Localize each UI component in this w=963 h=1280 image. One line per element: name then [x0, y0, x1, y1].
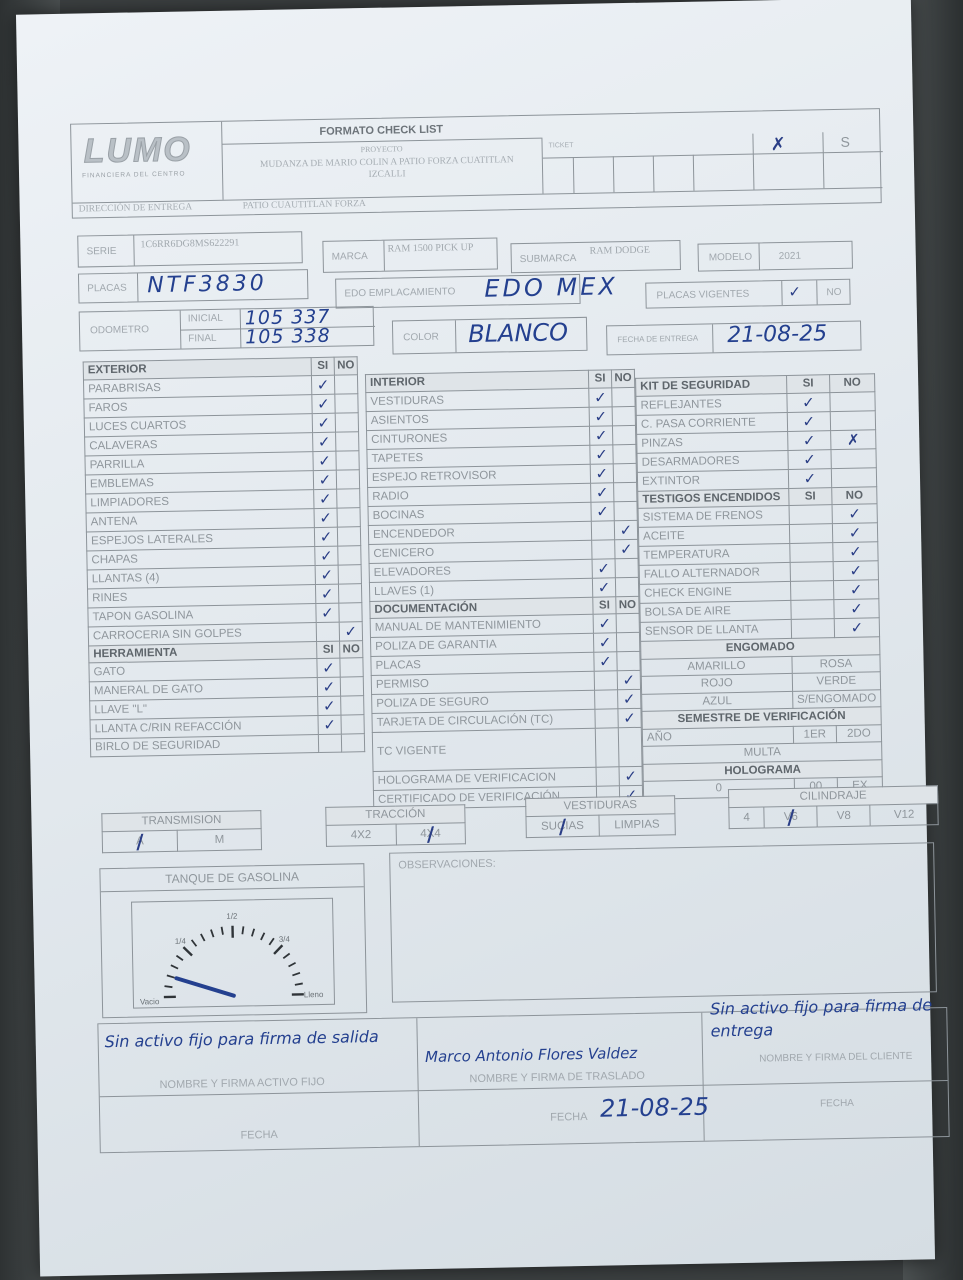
ticket-value: S	[840, 134, 850, 150]
kit-no-checkbox[interactable]	[830, 410, 875, 430]
kit-si-header: SI	[786, 375, 830, 393]
interior-si-checkbox[interactable]: ✓	[590, 463, 613, 482]
exterior-si-checkbox[interactable]: ✓	[313, 470, 336, 489]
traslado-handwriting: Marco Antonio Flores Valdez	[425, 1044, 637, 1066]
svg-text:1/4: 1/4	[175, 937, 187, 946]
interior-si-checkbox[interactable]: ✓	[589, 387, 612, 406]
exterior-si-header: SI	[311, 357, 334, 375]
interior-no-checkbox[interactable]	[614, 482, 637, 501]
documentacion-no-checkbox[interactable]	[617, 651, 640, 670]
engomado-option[interactable]: VERDE	[792, 672, 881, 691]
ticket-label: TICKET	[549, 142, 574, 149]
testigos-si-header: SI	[788, 487, 832, 505]
cilindros-box: CILINDRAJE 4V6/V8V12	[728, 785, 939, 829]
engomado-option[interactable]: S/ENGOMADO	[792, 689, 881, 708]
marca-value: RAM 1500 PICK UP	[387, 242, 487, 255]
company-logo: LUMO	[83, 130, 192, 171]
exterior-no-checkbox[interactable]	[339, 602, 362, 621]
exterior-si-checkbox[interactable]: ✓	[314, 489, 337, 508]
observaciones-box[interactable]: OBSERVACIONES:	[389, 842, 937, 1002]
marca-label: MARCA	[332, 251, 368, 263]
exterior-si-checkbox[interactable]: ✓	[314, 527, 337, 546]
traccion-box: TRACCIÓN 4X24X4/	[325, 804, 466, 846]
color-field: COLOR BLANCO	[392, 317, 588, 355]
testigos-no-checkbox[interactable]: ✓	[834, 599, 879, 619]
traslado-label: NOMBRE Y FIRMA DE TRASLADO	[469, 1070, 645, 1085]
interior-si-checkbox[interactable]: ✓	[589, 425, 612, 444]
header-box: LUMO FINANCIERA DEL CENTRO FORMATO CHECK…	[70, 108, 882, 219]
interior-no-checkbox[interactable]: ✓	[615, 539, 638, 558]
interior-no-checkbox[interactable]	[612, 406, 635, 425]
checklist-paper: LUMO FINANCIERA DEL CENTRO FORMATO CHECK…	[16, 0, 935, 1276]
interior-no-checkbox[interactable]	[615, 577, 638, 596]
kit-si-checkbox[interactable]: ✓	[787, 411, 831, 431]
exterior-no-checkbox[interactable]	[337, 507, 360, 526]
cliente-handwriting: Sin activo fijo para firma de entrega	[710, 994, 946, 1043]
testigos-si-checkbox[interactable]	[789, 524, 833, 544]
interior-si-header: SI	[588, 370, 611, 388]
interior-si-checkbox[interactable]: ✓	[591, 482, 614, 501]
tanque-title: TANQUE DE GASOLINA	[100, 864, 363, 892]
fuel-gauge-dial: Vacio1/41/23/4Lleno	[132, 899, 334, 1008]
testigos-si-checkbox[interactable]	[790, 562, 834, 582]
documentacion-si-header: SI	[593, 596, 616, 614]
interior-no-checkbox[interactable]: ✓	[614, 520, 637, 539]
cilindros-selected-mark: /	[765, 804, 817, 829]
placas-vigentes-label: PLACAS VIGENTES	[656, 289, 749, 302]
placas-vigentes-field: PLACAS VIGENTES ✓ NO	[645, 279, 850, 309]
exterior-si-checkbox[interactable]: ✓	[315, 546, 338, 565]
kit-si-checkbox[interactable]: ✓	[788, 468, 832, 488]
semestre-segundo[interactable]: 2DO	[836, 724, 881, 742]
project-value: MUDANZA DE MARIO COLIN A PATIO FORZA CUA…	[247, 154, 527, 183]
testigos-no-checkbox[interactable]: ✓	[832, 523, 877, 543]
placas-vigentes-no[interactable]: NO	[826, 287, 841, 298]
delivery-label: DIRECCIÓN DE ENTREGA	[79, 202, 193, 214]
inicial-label: INICIAL	[188, 313, 223, 325]
vestiduras-option[interactable]: LIMPIAS	[599, 813, 676, 835]
modelo-label: MODELO	[709, 252, 753, 264]
activo-fijo-label: NOMBRE Y FIRMA ACTIVO FIJO	[159, 1076, 324, 1091]
kit-si-checkbox[interactable]: ✓	[787, 430, 831, 450]
cliente-fecha-label: FECHA	[820, 1098, 854, 1110]
fecha-entrega-field: FECHA DE ENTREGA 21-08-25	[606, 321, 862, 356]
documentacion-si-checkbox[interactable]	[596, 767, 619, 786]
documentacion-si-checkbox[interactable]: ✓	[593, 633, 616, 652]
kit-no-checkbox[interactable]: ✗	[831, 429, 876, 449]
documentacion-no-checkbox[interactable]	[618, 727, 642, 766]
final-label: FINAL	[188, 333, 217, 345]
serie-field: SERIE 1C6RR6DG8MS622291	[77, 231, 303, 267]
herramienta-si-checkbox[interactable]: ✓	[317, 677, 340, 696]
exterior-no-checkbox[interactable]	[337, 488, 360, 507]
modelo-field: MODELO 2021	[697, 241, 853, 272]
documentacion-no-checkbox[interactable]: ✓	[619, 766, 642, 785]
interior-no-checkbox[interactable]	[613, 463, 636, 482]
documentacion-si-checkbox[interactable]	[595, 728, 619, 767]
ticket-grid: TICKET ✗ S	[541, 131, 883, 194]
testigos-no-checkbox[interactable]: ✓	[833, 542, 878, 562]
final-value: 105 338	[245, 325, 331, 349]
fecha-entrega-label: FECHA DE ENTREGA	[617, 334, 698, 345]
documentacion-si-checkbox[interactable]: ✓	[593, 614, 616, 633]
activo-fijo-handwriting: Sin activo fijo para firma de salida	[105, 1026, 405, 1052]
submarca-field: SUBMARCA RAM DODGE	[510, 240, 681, 273]
activo-fijo-fecha-label: FECHA	[240, 1129, 278, 1142]
documentacion-si-checkbox[interactable]: ✓	[594, 652, 617, 671]
odometro-field: ODOMETRO INICIAL FINAL 105 337 105 338	[79, 306, 375, 352]
exterior-no-checkbox[interactable]	[338, 583, 361, 602]
odometro-label: ODOMETRO	[90, 324, 149, 336]
interior-si-checkbox[interactable]: ✓	[589, 406, 612, 425]
engomado-option[interactable]: ROSA	[792, 654, 881, 673]
delivery-value: PATIO CUAUTITLAN FORZA	[243, 199, 366, 211]
svg-text:Lleno: Lleno	[304, 990, 324, 999]
exterior-no-checkbox[interactable]	[336, 469, 359, 488]
serie-label: SERIE	[86, 246, 116, 258]
placas-vigentes-si-check[interactable]: ✓	[788, 283, 801, 301]
placas-label: PLACAS	[87, 283, 127, 295]
interior-no-checkbox[interactable]	[615, 558, 638, 577]
documentacion-item-label: TC VIGENTE	[372, 728, 596, 771]
herramienta-si-checkbox[interactable]: ✓	[318, 696, 341, 715]
firmas-box: Sin activo fijo para firma de salida NOM…	[97, 1007, 949, 1153]
transmision-box: TRANSMISION A/M	[101, 810, 262, 853]
edo-emplacamiento-field: EDO EMPLACAMIENTO EDO MEX	[335, 274, 581, 309]
exterior-no-checkbox[interactable]	[335, 393, 358, 412]
interior-si-checkbox[interactable]	[592, 539, 615, 558]
interior-no-header: NO	[611, 369, 634, 387]
cliente-label: NOMBRE Y FIRMA DEL CLIENTE	[759, 1051, 912, 1065]
exterior-si-checkbox[interactable]: ✓	[311, 375, 334, 394]
serie-value: 1C6RR6DG8MS622291	[140, 237, 239, 250]
interior-no-checkbox[interactable]	[614, 501, 637, 520]
kit-si-checkbox[interactable]: ✓	[787, 392, 831, 412]
exterior-si-checkbox[interactable]: ✓	[315, 584, 338, 603]
exterior-no-checkbox[interactable]	[334, 374, 357, 393]
observaciones-label: OBSERVACIONES:	[398, 858, 496, 872]
herramienta-no-header: NO	[340, 640, 363, 658]
kit-table: KIT DE SEGURIDADSINOREFLEJANTES✓C. PASA …	[635, 373, 883, 799]
kit-no-checkbox[interactable]	[831, 467, 876, 487]
testigos-si-checkbox[interactable]	[789, 505, 833, 525]
documentacion-si-checkbox[interactable]	[595, 690, 618, 709]
company-subtitle: FINANCIERA DEL CENTRO	[82, 170, 186, 179]
exterior-no-checkbox[interactable]	[337, 526, 360, 545]
vestiduras-selected-mark: /	[526, 813, 598, 838]
kit-si-checkbox[interactable]: ✓	[788, 449, 832, 469]
interior-si-checkbox[interactable]: ✓	[592, 558, 615, 577]
exterior-si-checkbox[interactable]: ✓	[316, 603, 339, 622]
herramienta-no-checkbox[interactable]	[341, 696, 364, 715]
herramienta-si-header: SI	[317, 641, 340, 659]
documentacion-row: TC VIGENTE	[372, 727, 642, 771]
herramienta-si-checkbox[interactable]: ✓	[318, 715, 341, 734]
form-title: FORMATO CHECK LIST	[221, 122, 541, 140]
testigos-no-checkbox[interactable]: ✓	[832, 504, 877, 524]
cilindros-option[interactable]: 4	[729, 806, 765, 828]
documentacion-no-checkbox[interactable]	[616, 632, 639, 651]
svg-text:3/4: 3/4	[279, 935, 291, 944]
kit-no-checkbox[interactable]	[830, 391, 875, 411]
exterior-table: EXTERIORSINOPARABRISAS✓FAROS✓LUCES CUART…	[83, 356, 366, 757]
interior-si-checkbox[interactable]: ✓	[591, 501, 614, 520]
exterior-no-checkbox[interactable]	[336, 431, 359, 450]
marca-field: MARCA RAM 1500 PICK UP	[322, 238, 498, 273]
testigos-no-header: NO	[832, 486, 877, 504]
exterior-si-checkbox[interactable]: ✓	[313, 432, 336, 451]
testigos-si-checkbox[interactable]	[790, 543, 834, 563]
svg-text:Vacio: Vacio	[140, 997, 160, 1006]
edo-label: EDO EMPLACAMIENTO	[344, 286, 455, 299]
traccion-option[interactable]: 4X4/	[396, 822, 466, 844]
herramienta-no-checkbox[interactable]	[341, 734, 364, 752]
placas-field: PLACAS NTF3830	[78, 269, 309, 303]
vestiduras-option[interactable]: SUCIAS/	[526, 815, 599, 837]
modelo-value: 2021	[779, 251, 801, 262]
color-value: BLANCO	[468, 318, 568, 348]
exterior-no-checkbox[interactable]	[335, 412, 358, 431]
testigos-si-checkbox[interactable]	[791, 619, 835, 639]
interior-si-checkbox[interactable]: ✓	[590, 444, 613, 463]
exterior-no-checkbox[interactable]	[336, 450, 359, 469]
transmision-option[interactable]: A/	[102, 830, 178, 852]
exterior-no-checkbox[interactable]	[338, 545, 361, 564]
documentacion-no-checkbox[interactable]	[616, 613, 639, 632]
checklist-form: LUMO FINANCIERA DEL CENTRO FORMATO CHECK…	[70, 108, 880, 124]
documentacion-si-checkbox[interactable]	[595, 709, 618, 728]
cilindros-option[interactable]: V6/	[764, 805, 817, 827]
edo-value: EDO MEX	[484, 272, 618, 303]
exterior-si-checkbox[interactable]: ✓	[314, 508, 337, 527]
kit-no-checkbox[interactable]	[831, 448, 876, 468]
herramienta-no-checkbox[interactable]	[340, 677, 363, 696]
herramienta-no-checkbox[interactable]	[341, 715, 364, 734]
color-label: COLOR	[403, 332, 439, 344]
vestiduras-box: VESTIDURAS SUCIAS/LIMPIAS	[525, 795, 676, 837]
fuel-gauge[interactable]: Vacio1/41/23/4Lleno	[131, 898, 335, 1009]
exterior-si-checkbox[interactable]: ✓	[312, 394, 335, 413]
documentacion-no-checkbox[interactable]: ✓	[618, 689, 641, 708]
ticket-mark: ✗	[770, 134, 785, 155]
herramienta-si-checkbox[interactable]: ✓	[317, 658, 340, 677]
transmision-option[interactable]: M	[177, 828, 261, 851]
interior-no-checkbox[interactable]	[612, 387, 635, 406]
interior-si-checkbox[interactable]	[591, 520, 614, 539]
testigos-no-checkbox[interactable]: ✓	[833, 580, 878, 600]
documentacion-no-checkbox[interactable]: ✓	[617, 670, 640, 689]
svg-text:1/2: 1/2	[226, 912, 238, 921]
herramienta-si-checkbox[interactable]	[318, 734, 341, 752]
traslado-fecha-label: FECHA	[550, 1111, 588, 1124]
testigos-no-checkbox[interactable]: ✓	[834, 618, 879, 638]
documentacion-no-header: NO	[616, 596, 639, 614]
fecha-entrega-value: 21-08-25	[727, 321, 827, 348]
testigos-si-checkbox[interactable]	[790, 581, 834, 601]
transmision-selected-mark: /	[103, 828, 178, 853]
submarca-value: RAM DODGE	[590, 245, 650, 257]
traccion-option[interactable]: 4X2	[326, 824, 396, 846]
cilindros-option[interactable]: V12	[870, 803, 938, 825]
interior-table: INTERIORSINOVESTIDURAS✓ASIENTOS✓CINTURON…	[365, 369, 643, 810]
semestre-primero[interactable]: 1ER	[793, 725, 837, 743]
herramienta-item-label: BIRLO DE SEGURIDAD	[90, 735, 318, 757]
exterior-si-checkbox[interactable]: ✓	[315, 565, 338, 584]
traccion-selected-mark: /	[396, 821, 465, 846]
herramienta-no-checkbox[interactable]	[340, 658, 363, 677]
kit-no-header: NO	[830, 374, 875, 392]
submarca-label: SUBMARCA	[520, 253, 577, 265]
traslado-fecha-value: 21-08-25	[600, 1093, 709, 1123]
documentacion-si-checkbox[interactable]	[594, 671, 617, 690]
testigos-no-checkbox[interactable]: ✓	[833, 561, 878, 581]
exterior-si-checkbox[interactable]	[316, 622, 339, 641]
testigos-si-checkbox[interactable]	[791, 600, 835, 620]
interior-no-checkbox[interactable]	[612, 425, 635, 444]
interior-no-checkbox[interactable]	[613, 444, 636, 463]
exterior-no-checkbox[interactable]	[338, 564, 361, 583]
exterior-si-checkbox[interactable]: ✓	[312, 413, 335, 432]
exterior-no-checkbox[interactable]: ✓	[339, 621, 362, 640]
exterior-si-checkbox[interactable]: ✓	[313, 451, 336, 470]
placas-value: NTF3830	[147, 271, 267, 298]
cilindros-option[interactable]: V8	[817, 804, 870, 826]
exterior-no-header: NO	[334, 357, 357, 375]
documentacion-no-checkbox[interactable]: ✓	[618, 708, 641, 727]
tanque-box: TANQUE DE GASOLINA Vacio1/41/23/4Lleno	[99, 863, 367, 1018]
interior-si-checkbox[interactable]: ✓	[592, 577, 615, 596]
